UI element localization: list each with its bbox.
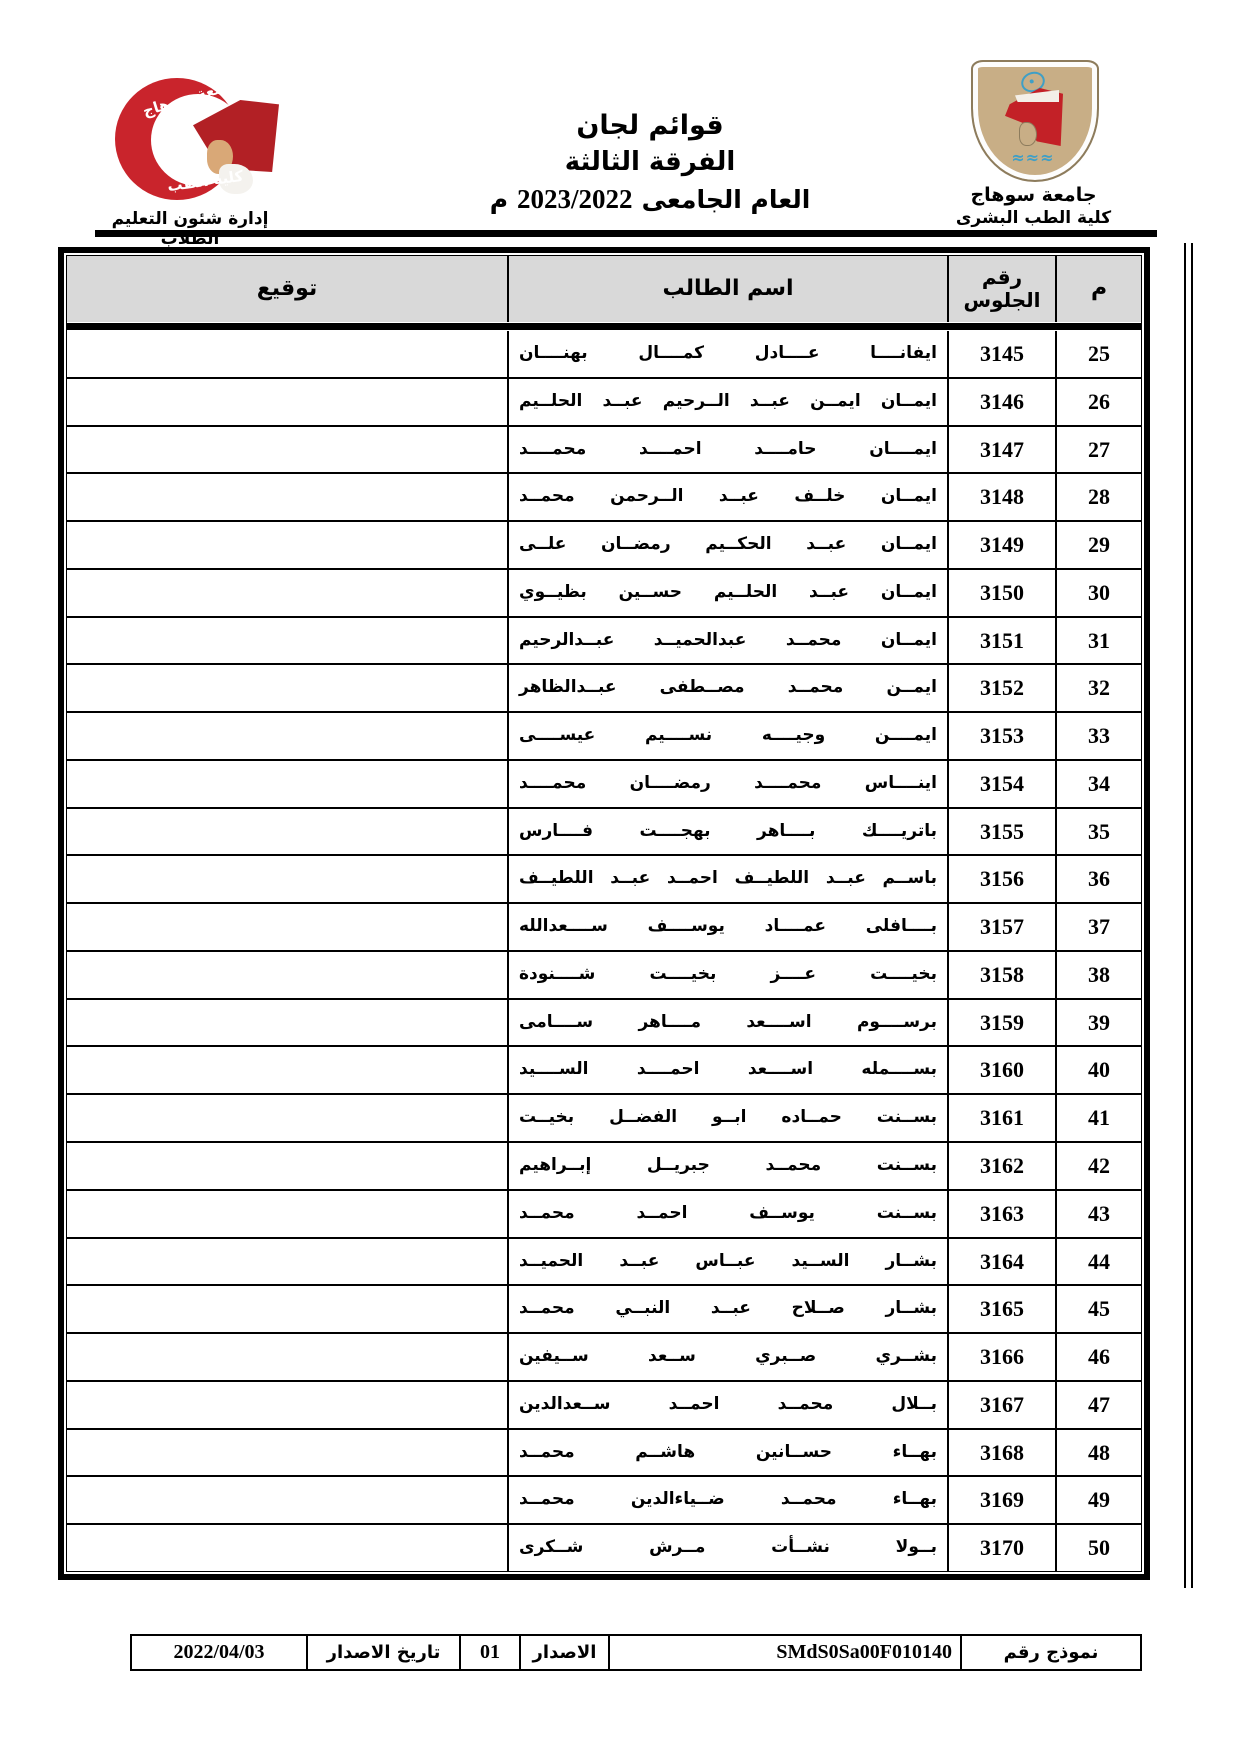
student-name-cell: بشــار صــلاح عبــد النبــي محمــد — [507, 1286, 947, 1332]
serial-cell: 43 — [1055, 1191, 1141, 1237]
table-body: 253145ايفانــــا عــــادل كمــــال بهنــ… — [67, 331, 1141, 1571]
header-signature: توقيع — [67, 256, 507, 322]
table-row: 503170بــولا نشــأت مــرش شــكرى — [67, 1525, 1141, 1571]
table-row: 413161بســنت حمــاده ابــو الفضــل بخيــ… — [67, 1095, 1141, 1143]
serial-cell: 36 — [1055, 856, 1141, 902]
faculty-crescent-logo: جامعة سوهاج كلية الطب — [115, 72, 315, 207]
signature-cell — [67, 474, 507, 520]
nile-waves-icon: ≈≈≈ — [971, 148, 1095, 167]
table-row: 483168بهــاء حســانين هاشــم محمــد — [67, 1430, 1141, 1478]
serial-cell: 47 — [1055, 1382, 1141, 1428]
serial-cell: 40 — [1055, 1047, 1141, 1093]
serial-cell: 28 — [1055, 474, 1141, 520]
signature-cell — [67, 1334, 507, 1380]
serial-cell: 30 — [1055, 570, 1141, 616]
issue-value: 01 — [459, 1636, 519, 1669]
header-student-name: اسم الطالب — [507, 256, 947, 322]
document-title-block: قوائم لجان الفرقة الثالثة العام الجامعى … — [400, 110, 900, 215]
signature-cell — [67, 1382, 507, 1428]
academic-year-value: 2023/2022 — [517, 184, 633, 215]
student-name-cell: بــولا نشــأت مــرش شــكرى — [507, 1525, 947, 1571]
serial-cell: 37 — [1055, 904, 1141, 950]
table-row: 433163بســنت يوســف احمــد محمــد — [67, 1191, 1141, 1239]
issue-label: الاصدار — [519, 1636, 608, 1669]
table-row: 373157بــــافلى عمــــاد يوســــف ســــع… — [67, 904, 1141, 952]
seat-number-cell: 3167 — [947, 1382, 1055, 1428]
academic-year-suffix: م — [490, 185, 508, 214]
signature-cell — [67, 1047, 507, 1093]
seat-number-cell: 3149 — [947, 522, 1055, 568]
header-serial: م — [1055, 256, 1141, 322]
seat-number-cell: 3155 — [947, 809, 1055, 855]
student-name-cell: باتريــــك بــــاهر بهجــــت فــــارس — [507, 809, 947, 855]
serial-cell: 27 — [1055, 427, 1141, 473]
committee-roster-table: م رقم الجلوس اسم الطالب توقيع 253145ايفا… — [58, 247, 1150, 1580]
serial-cell: 48 — [1055, 1430, 1141, 1476]
seat-number-cell: 3168 — [947, 1430, 1055, 1476]
serial-cell: 33 — [1055, 713, 1141, 759]
seat-number-cell: 3147 — [947, 427, 1055, 473]
signature-cell — [67, 1286, 507, 1332]
header-seat-number: رقم الجلوس — [947, 256, 1055, 322]
university-name: جامعة سوهاج — [951, 184, 1116, 206]
student-name-cell: ايمــان عبــد الحلــيم حســين بظيــوي — [507, 570, 947, 616]
table-row: 323152ايمــن محمــد مصــطفى عبــدالظاهر — [67, 665, 1141, 713]
table-row: 333153ايمــــن وجيــــه نســــيم عيســــ… — [67, 713, 1141, 761]
serial-cell: 31 — [1055, 618, 1141, 664]
table-row: 343154اينــــاس محمــــد رمضــــان محمــ… — [67, 761, 1141, 809]
header-body-separator — [67, 323, 1141, 330]
seat-number-cell: 3161 — [947, 1095, 1055, 1141]
signature-cell — [67, 713, 507, 759]
seat-number-cell: 3153 — [947, 713, 1055, 759]
seat-number-cell: 3148 — [947, 474, 1055, 520]
serial-cell: 39 — [1055, 1000, 1141, 1046]
faculty-name: كلية الطب البشرى — [951, 208, 1116, 228]
signature-cell — [67, 1239, 507, 1285]
table-row: 403160بســــمله اســــعد احمــــد الســـ… — [67, 1047, 1141, 1095]
student-name-cell: بــــافلى عمــــاد يوســــف ســــعدالله — [507, 904, 947, 950]
issue-date-value: 2022/04/03 — [132, 1636, 306, 1669]
table-row: 383158بخيــــت عــــز بخيــــت شــــنودة — [67, 952, 1141, 1000]
serial-cell: 25 — [1055, 331, 1141, 377]
table-row: 293149ايمــان عبــد الحكــيم رمضــان علـ… — [67, 522, 1141, 570]
student-name-cell: بخيــــت عــــز بخيــــت شــــنودة — [507, 952, 947, 998]
left-logo-caption: إدارة شئون التعليم الطلاب — [80, 209, 300, 249]
table-row: 443164بشــار الســيد عبــاس عبــد الحميـ… — [67, 1239, 1141, 1287]
student-name-cell: ايمــان ايمــن عبــد الــرحيم عبــد الحل… — [507, 379, 947, 425]
form-number-label: نموذج رقم — [960, 1636, 1140, 1669]
seat-number-cell: 3163 — [947, 1191, 1055, 1237]
signature-cell — [67, 1095, 507, 1141]
serial-cell: 44 — [1055, 1239, 1141, 1285]
seat-number-cell: 3154 — [947, 761, 1055, 807]
seat-number-cell: 3156 — [947, 856, 1055, 902]
seat-number-cell: 3165 — [947, 1286, 1055, 1332]
student-name-cell: بســــمله اســــعد احمــــد الســــيد — [507, 1047, 947, 1093]
right-logo-caption: جامعة سوهاج كلية الطب البشرى — [951, 184, 1116, 228]
form-code-value: SMdS0Sa00F010140 — [608, 1636, 960, 1669]
signature-cell — [67, 1477, 507, 1523]
table-row: 493169بهــاء محمــد ضــياءالدين محمــد — [67, 1477, 1141, 1525]
signature-cell — [67, 379, 507, 425]
seat-number-cell: 3166 — [947, 1334, 1055, 1380]
seat-number-cell: 3170 — [947, 1525, 1055, 1571]
page-title: قوائم لجان — [400, 110, 900, 141]
table-row: 393159برســــوم اســــعد مــــاهر ســــا… — [67, 1000, 1141, 1048]
signature-cell — [67, 856, 507, 902]
signature-cell — [67, 570, 507, 616]
signature-cell — [67, 618, 507, 664]
student-name-cell: ايمــان خلــف عبــد الــرحمن محمــد — [507, 474, 947, 520]
student-name-cell: بشــار الســيد عبــاس عبــد الحميــد — [507, 1239, 947, 1285]
serial-cell: 42 — [1055, 1143, 1141, 1189]
serial-cell: 50 — [1055, 1525, 1141, 1571]
student-name-cell: بهــاء حســانين هاشــم محمــد — [507, 1430, 947, 1476]
student-name-cell: ايمــان محمــد عبدالحميــد عبــدالرحيم — [507, 618, 947, 664]
student-name-cell: ايمــــن وجيــــه نســــيم عيســــى — [507, 713, 947, 759]
serial-cell: 38 — [1055, 952, 1141, 998]
table-row: 463166بشــري صــبري ســعد ســيفين — [67, 1334, 1141, 1382]
table-row: 313151ايمــان محمــد عبدالحميــد عبــدال… — [67, 618, 1141, 666]
student-name-cell: بســنت محمــد جبريــل إبــراهيم — [507, 1143, 947, 1189]
seat-number-cell: 3169 — [947, 1477, 1055, 1523]
table-row: 353155باتريــــك بــــاهر بهجــــت فــــ… — [67, 809, 1141, 857]
seat-number-cell: 3157 — [947, 904, 1055, 950]
signature-cell — [67, 1143, 507, 1189]
signature-cell — [67, 1191, 507, 1237]
serial-cell: 46 — [1055, 1334, 1141, 1380]
seat-number-cell: 3162 — [947, 1143, 1055, 1189]
seat-number-cell: 3152 — [947, 665, 1055, 711]
seat-number-cell: 3159 — [947, 1000, 1055, 1046]
seat-number-cell: 3146 — [947, 379, 1055, 425]
table-row: 363156باســم عبــد اللطيــف احمــد عبــد… — [67, 856, 1141, 904]
serial-cell: 49 — [1055, 1477, 1141, 1523]
signature-cell — [67, 809, 507, 855]
student-name-cell: برســــوم اســــعد مــــاهر ســــامى — [507, 1000, 947, 1046]
signature-cell — [67, 761, 507, 807]
seat-number-cell: 3160 — [947, 1047, 1055, 1093]
serial-cell: 34 — [1055, 761, 1141, 807]
document-page: جامعة سوهاج كلية الطب إدارة شئون التعليم… — [0, 0, 1241, 1754]
student-name-cell: بــلال محمــد احمــد ســعدالدين — [507, 1382, 947, 1428]
seat-number-cell: 3145 — [947, 331, 1055, 377]
table-row: 423162بســنت محمــد جبريــل إبــراهيم — [67, 1143, 1141, 1191]
student-name-cell: باســم عبــد اللطيــف احمــد عبــد اللطي… — [507, 856, 947, 902]
pharaoh-face-icon — [1019, 122, 1037, 146]
university-shield-logo: ≈≈≈ — [971, 60, 1095, 182]
signature-cell — [67, 427, 507, 473]
form-info-bar: نموذج رقم SMdS0Sa00F010140 الاصدار 01 تا… — [130, 1634, 1142, 1671]
table-row: 473167بــلال محمــد احمــد ســعدالدين — [67, 1382, 1141, 1430]
table-row: 253145ايفانــــا عــــادل كمــــال بهنــ… — [67, 331, 1141, 379]
student-name-cell: ايمــــان حامــــد احمــــد محمــــد — [507, 427, 947, 473]
signature-cell — [67, 1430, 507, 1476]
student-name-cell: ايمــن محمــد مصــطفى عبــدالظاهر — [507, 665, 947, 711]
table-row: 273147ايمــــان حامــــد احمــــد محمـــ… — [67, 427, 1141, 475]
signature-cell — [67, 522, 507, 568]
serial-cell: 41 — [1055, 1095, 1141, 1141]
serial-cell: 45 — [1055, 1286, 1141, 1332]
signature-cell — [67, 665, 507, 711]
student-name-cell: اينــــاس محمــــد رمضــــان محمــــد — [507, 761, 947, 807]
serial-cell: 26 — [1055, 379, 1141, 425]
table-row: 453165بشــار صــلاح عبــد النبــي محمــد — [67, 1286, 1141, 1334]
serial-cell: 35 — [1055, 809, 1141, 855]
student-name-cell: ايمــان عبــد الحكــيم رمضــان علــى — [507, 522, 947, 568]
seat-number-cell: 3164 — [947, 1239, 1055, 1285]
seat-number-cell: 3150 — [947, 570, 1055, 616]
academic-year-prefix: العام الجامعى — [642, 185, 811, 214]
student-name-cell: بشــري صــبري ســعد ســيفين — [507, 1334, 947, 1380]
table-row: 303150ايمــان عبــد الحلــيم حســين بظيـ… — [67, 570, 1141, 618]
signature-cell — [67, 1525, 507, 1571]
grade-title: الفرقة الثالثة — [400, 147, 900, 177]
serial-cell: 32 — [1055, 665, 1141, 711]
student-name-cell: بســنت حمــاده ابــو الفضــل بخيــت — [507, 1095, 947, 1141]
serial-cell: 29 — [1055, 522, 1141, 568]
signature-cell — [67, 331, 507, 377]
signature-cell — [67, 952, 507, 998]
seat-number-cell: 3151 — [947, 618, 1055, 664]
seat-number-cell: 3158 — [947, 952, 1055, 998]
table-row: 283148ايمــان خلــف عبــد الــرحمن محمــ… — [67, 474, 1141, 522]
table-header-row: م رقم الجلوس اسم الطالب توقيع — [67, 256, 1141, 322]
student-name-cell: بســنت يوســف احمــد محمــد — [507, 1191, 947, 1237]
header-divider-rule — [95, 230, 1157, 237]
signature-cell — [67, 1000, 507, 1046]
vertical-double-rule — [1184, 243, 1193, 1588]
table-row: 263146ايمــان ايمــن عبــد الــرحيم عبــ… — [67, 379, 1141, 427]
student-name-cell: ايفانــــا عــــادل كمــــال بهنــــان — [507, 331, 947, 377]
issue-date-label: تاريخ الاصدار — [306, 1636, 459, 1669]
student-name-cell: بهــاء محمــد ضــياءالدين محمــد — [507, 1477, 947, 1523]
signature-cell — [67, 904, 507, 950]
academic-year-title: العام الجامعى 2023/2022 م — [400, 184, 900, 215]
